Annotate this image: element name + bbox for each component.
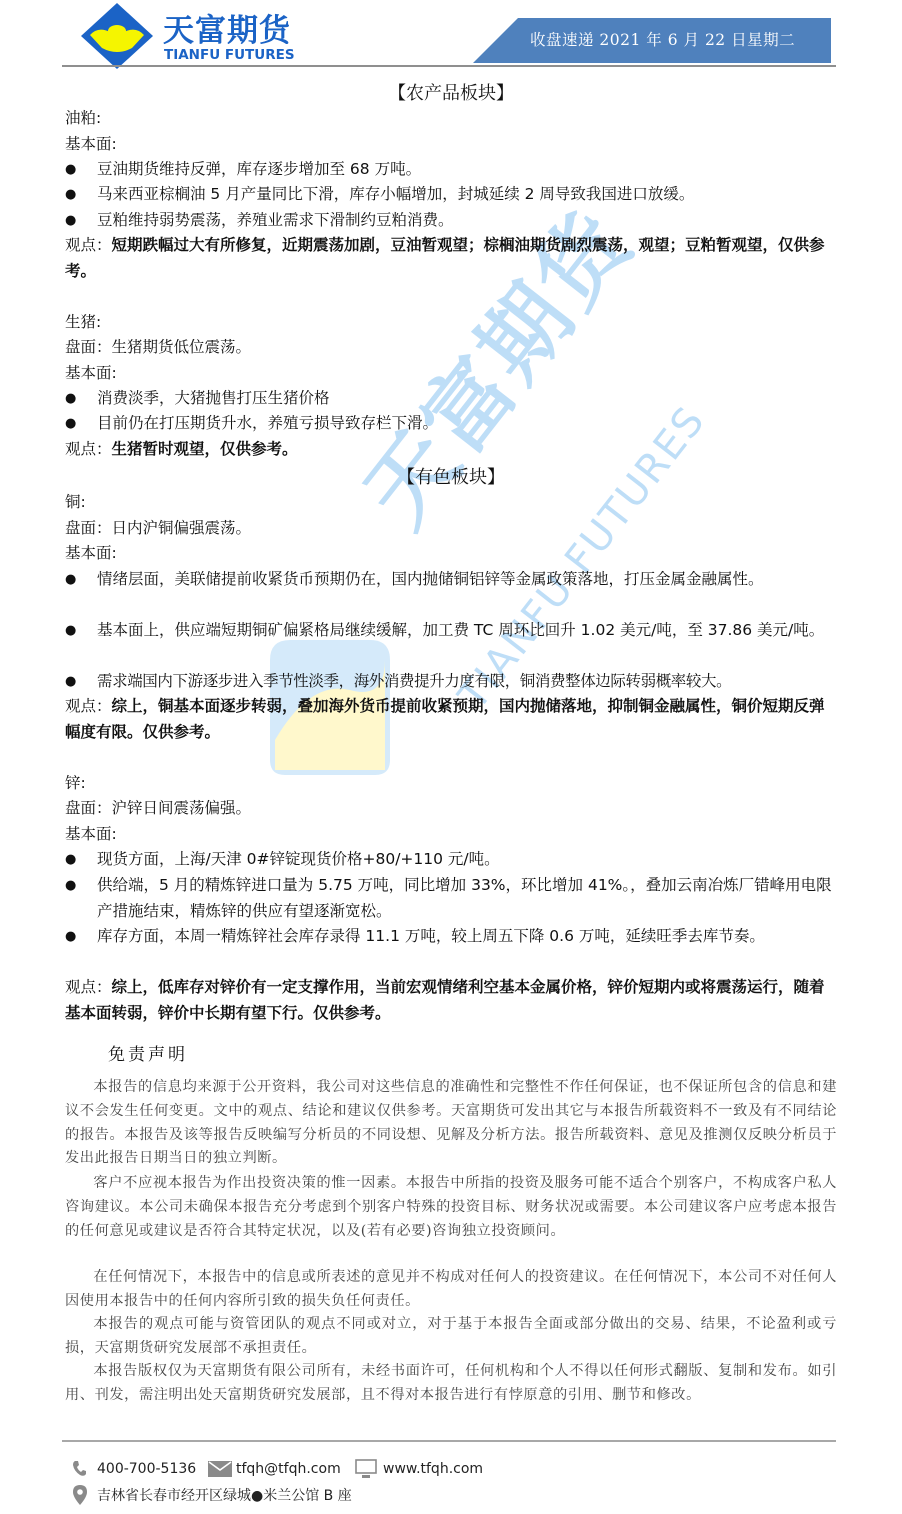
bullet-icon: ● — [65, 182, 76, 208]
disclaimer-title: 免责声明 — [108, 1040, 188, 1065]
website-link[interactable]: www.tfqh.com — [383, 1460, 483, 1478]
bullet-text: 豆油期货维持反弹，库存逐步增加至 68 万吨。 — [65, 157, 837, 183]
email-icon — [208, 1461, 232, 1481]
hog-view: 观点：生猪暂时观望，仅供参考。 — [65, 437, 837, 463]
list-item: ● 需求端国内下游逐步进入季节性淡季，海外消费提升力度有限，铜消费整体边际转弱概… — [65, 669, 837, 695]
bullet-icon: ● — [65, 208, 76, 234]
bullet-icon: ● — [65, 618, 76, 644]
bullet-icon: ● — [65, 411, 76, 437]
bullet-icon: ● — [65, 567, 76, 593]
location-pin-icon — [73, 1485, 87, 1509]
bullet-text: 基本面上，供应端短期铜矿偏紧格局继续缓解，加工费 TC 周环比回升 1.02 美… — [65, 618, 837, 644]
list-item: ● 马来西亚棕榈油 5 月产量同比下滑，库存小幅增加，封城延续 2 周导致我国进… — [65, 182, 837, 208]
disclaimer-paragraph: 本报告版权仅为天富期货有限公司所有，未经书面许可，任何机构和个人不得以任何形式翻… — [65, 1360, 837, 1408]
copper-view: 观点：综上，铜基本面逐步转弱，叠加海外货币提前收紧预期，国内抛储落地，抑制铜金融… — [65, 694, 837, 745]
list-item: ● 目前仍在打压期货升水，养殖亏损导致存栏下滑。 — [65, 411, 837, 437]
logo-text-en: TIANFU FUTURES — [164, 47, 295, 63]
list-item: ● 情绪层面，美联储提前收紧货币预期仍在，国内抛储铜铝锌等金属政策落地，打压金属… — [65, 567, 837, 593]
date-banner: 收盘速递 2021 年 6 月 22 日星期二 — [473, 18, 831, 63]
footer-divider — [62, 1440, 836, 1442]
hog-market: 盘面：生猪期货低位震荡。 — [65, 335, 251, 361]
oilmeal-title: 油粕: — [65, 106, 101, 132]
view-label: 观点： — [65, 236, 112, 254]
disclaimer-paragraph: 客户不应视本报告为作出投资决策的惟一因素。本报告中所指的投资及服务可能不适合个别… — [65, 1172, 837, 1243]
bullet-icon: ● — [65, 847, 76, 873]
company-logo — [80, 2, 154, 70]
view-label: 观点： — [65, 978, 112, 996]
copper-title: 铜: — [65, 490, 86, 516]
view-text: 生猪暂时观望，仅供参考。 — [112, 440, 298, 458]
disclaimer-paragraph: 本报告的信息均来源于公开资料，我公司对这些信息的准确性和完整性不作任何保证，也不… — [65, 1076, 837, 1171]
copper-fund-label: 基本面: — [65, 541, 117, 567]
bullet-text: 现货方面，上海/天津 0#锌锭现货价格+80/+110 元/吨。 — [65, 847, 837, 873]
bullet-icon: ● — [65, 873, 76, 899]
logo-text-cn: 天富期货 — [163, 14, 291, 48]
hog-fund-label: 基本面: — [65, 361, 117, 387]
view-label: 观点： — [65, 440, 112, 458]
list-item: ● 基本面上，供应端短期铜矿偏紧格局继续缓解，加工费 TC 周环比回升 1.02… — [65, 618, 837, 644]
oilmeal-view: 观点：短期跌幅过大有所修复，近期震荡加剧，豆油暂观望；棕榈油期货剧烈震荡，观望；… — [65, 233, 837, 284]
zinc-fund-label: 基本面: — [65, 822, 117, 848]
bullet-text: 目前仍在打压期货升水，养殖亏损导致存栏下滑。 — [65, 411, 837, 437]
address-text: 吉林省长春市经开区绿城●米兰公馆 B 座 — [97, 1487, 352, 1505]
bullet-icon: ● — [65, 386, 76, 412]
bullet-icon: ● — [65, 669, 76, 695]
bullet-icon: ● — [65, 157, 76, 183]
bullet-text: 需求端国内下游逐步进入季节性淡季，海外消费提升力度有限，铜消费整体边际转弱概率较… — [65, 669, 837, 695]
header-divider — [62, 65, 836, 67]
email-link[interactable]: tfqh@tfqh.com — [236, 1460, 341, 1478]
list-item: ● 豆粕维持弱势震荡，养殖业需求下滑制约豆粕消费。 — [65, 208, 837, 234]
bullet-text: 供给端，5 月的精炼锌进口量为 5.75 万吨，同比增加 33%，环比增加 41… — [65, 873, 837, 924]
monitor-icon — [355, 1459, 377, 1483]
hog-title: 生猪: — [65, 310, 101, 336]
bullet-text: 库存方面，本周一精炼锌社会库存录得 11.1 万吨，较上周五下降 0.6 万吨，… — [65, 924, 837, 950]
section-title-metals: 【有色板块】 — [0, 463, 902, 489]
oilmeal-fund-label: 基本面: — [65, 132, 117, 158]
disclaimer-paragraph: 本报告的观点可能与资管团队的观点不同或对立，对于基于本报告全面或部分做出的交易、… — [65, 1313, 837, 1361]
phone-icon — [72, 1460, 86, 1481]
phone-number: 400-700-5136 — [97, 1460, 196, 1478]
tianfu-logo-icon — [80, 2, 154, 70]
view-label: 观点： — [65, 697, 112, 715]
list-item: ● 消费淡季，大猪抛售打压生猪价格 — [65, 386, 837, 412]
list-item: ● 库存方面，本周一精炼锌社会库存录得 11.1 万吨，较上周五下降 0.6 万… — [65, 924, 837, 950]
list-item: ● 现货方面，上海/天津 0#锌锭现货价格+80/+110 元/吨。 — [65, 847, 837, 873]
view-text: 综上，低库存对锌价有一定支撑作用，当前宏观情绪利空基本金属价格，锌价短期内或将震… — [65, 978, 825, 1022]
bullet-text: 消费淡季，大猪抛售打压生猪价格 — [65, 386, 837, 412]
bullet-text: 马来西亚棕榈油 5 月产量同比下滑，库存小幅增加，封城延续 2 周导致我国进口放… — [65, 182, 837, 208]
view-text: 综上，铜基本面逐步转弱，叠加海外货币提前收紧预期，国内抛储落地，抑制铜金融属性，… — [65, 697, 825, 741]
view-text: 短期跌幅过大有所修复，近期震荡加剧，豆油暂观望；棕榈油期货剧烈震荡，观望；豆粕暂… — [65, 236, 825, 280]
list-item: ● 豆油期货维持反弹，库存逐步增加至 68 万吨。 — [65, 157, 837, 183]
copper-market: 盘面：日内沪铜偏强震荡。 — [65, 516, 251, 542]
zinc-title: 锌: — [65, 771, 86, 797]
bullet-icon: ● — [65, 924, 76, 950]
bullet-text: 豆粕维持弱势震荡，养殖业需求下滑制约豆粕消费。 — [65, 208, 837, 234]
bullet-text: 情绪层面，美联储提前收紧货币预期仍在，国内抛储铜铝锌等金属政策落地，打压金属金融… — [65, 567, 837, 593]
zinc-market: 盘面：沪锌日间震荡偏强。 — [65, 796, 251, 822]
list-item: ● 供给端，5 月的精炼锌进口量为 5.75 万吨，同比增加 33%，环比增加 … — [65, 873, 837, 924]
disclaimer-paragraph: 在任何情况下，本报告中的信息或所表述的意见并不构成对任何人的投资建议。在任何情况… — [65, 1266, 837, 1314]
section-title-agri: 【农产品板块】 — [0, 79, 902, 105]
zinc-view: 观点：综上，低库存对锌价有一定支撑作用，当前宏观情绪利空基本金属价格，锌价短期内… — [65, 975, 837, 1026]
